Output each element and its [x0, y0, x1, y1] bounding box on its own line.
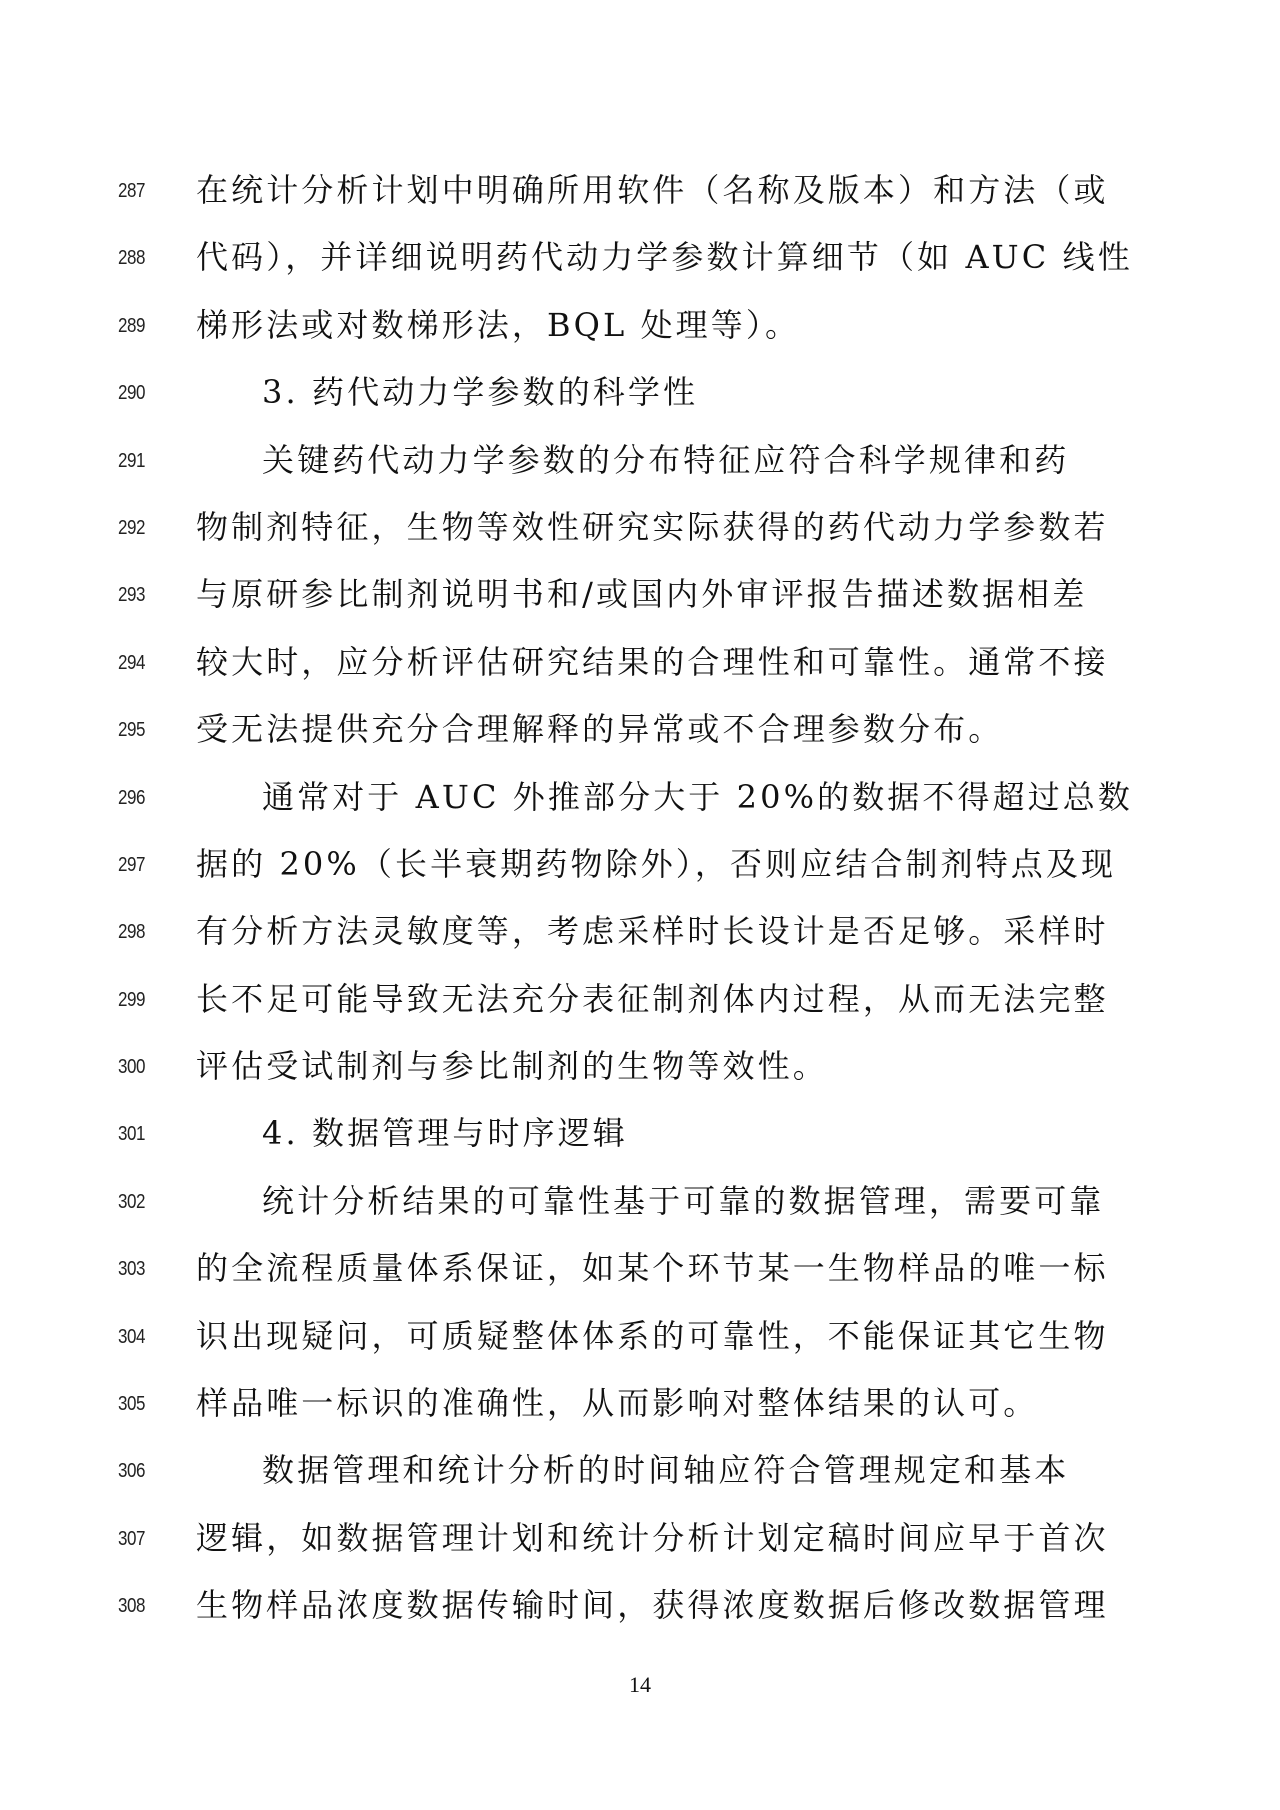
line-number: 292: [118, 517, 161, 540]
document-line: 291 关键药代动力学参数的分布特征应符合科学规律和药: [0, 430, 1280, 497]
document-line: 308 生物样品浓度数据传输时间，获得浓度数据后修改数据管理: [0, 1575, 1280, 1642]
line-text: 关键药代动力学参数的分布特征应符合科学规律和药: [196, 438, 1086, 482]
document-line: 297 据的 20%（长半衰期药物除外），否则应结合制剂特点及现: [0, 834, 1280, 901]
numbered-lines: 287 在统计分析计划中明确所用软件（名称及版本）和方法（或 288 代码），并…: [0, 160, 1280, 1643]
line-text: 受无法提供充分合理解释的异常或不合理参数分布。: [196, 707, 1086, 751]
line-text: 有分析方法灵敏度等，考虑采样时长设计是否足够。采样时: [196, 909, 1086, 953]
page-number: 14: [0, 1672, 1280, 1698]
line-text: 代码），并详细说明药代动力学参数计算细节（如 AUC 线性: [196, 235, 1086, 279]
document-line: 293 与原研参比制剂说明书和/或国内外审评报告描述数据相差: [0, 564, 1280, 631]
section-heading: 4. 数据管理与时序逻辑: [196, 1111, 1152, 1155]
line-number: 289: [118, 315, 161, 338]
line-text: 评估受试制剂与参比制剂的生物等效性。: [196, 1044, 1086, 1088]
line-number: 291: [118, 450, 161, 473]
line-text: 物制剂特征，生物等效性研究实际获得的药代动力学参数若: [196, 505, 1086, 549]
line-number: 306: [118, 1460, 161, 1483]
line-text: 通常对于 AUC 外推部分大于 20%的数据不得超过总数: [196, 775, 1086, 819]
line-number: 300: [118, 1056, 161, 1079]
line-number: 303: [118, 1258, 161, 1281]
line-text: 与原研参比制剂说明书和/或国内外审评报告描述数据相差: [196, 572, 1086, 616]
line-number: 302: [118, 1191, 161, 1214]
document-line: 304 识出现疑问，可质疑整体体系的可靠性，不能保证其它生物: [0, 1306, 1280, 1373]
line-number: 297: [118, 854, 161, 877]
document-line: 287 在统计分析计划中明确所用软件（名称及版本）和方法（或: [0, 160, 1280, 227]
line-text: 较大时，应分析评估研究结果的合理性和可靠性。通常不接: [196, 640, 1086, 684]
line-number: 305: [118, 1393, 161, 1416]
document-line: 305 样品唯一标识的准确性，从而影响对整体结果的认可。: [0, 1373, 1280, 1440]
line-text: 样品唯一标识的准确性，从而影响对整体结果的认可。: [196, 1381, 1086, 1425]
line-number: 295: [118, 719, 161, 742]
document-line: 306 数据管理和统计分析的时间轴应符合管理规定和基本: [0, 1440, 1280, 1507]
line-text: 统计分析结果的可靠性基于可靠的数据管理，需要可靠: [196, 1179, 1086, 1223]
line-text: 在统计分析计划中明确所用软件（名称及版本）和方法（或: [196, 168, 1086, 212]
section-heading: 3. 药代动力学参数的科学性: [196, 370, 1152, 414]
line-number: 294: [118, 652, 161, 675]
document-line: 294 较大时，应分析评估研究结果的合理性和可靠性。通常不接: [0, 632, 1280, 699]
line-number: 298: [118, 921, 161, 944]
line-number: 288: [118, 247, 161, 270]
document-line: 288 代码），并详细说明药代动力学参数计算细节（如 AUC 线性: [0, 227, 1280, 294]
document-line: 300 评估受试制剂与参比制剂的生物等效性。: [0, 1036, 1280, 1103]
line-number: 307: [118, 1528, 161, 1551]
document-line: 295 受无法提供充分合理解释的异常或不合理参数分布。: [0, 699, 1280, 766]
document-line: 302 统计分析结果的可靠性基于可靠的数据管理，需要可靠: [0, 1171, 1280, 1238]
line-text: 逻辑，如数据管理计划和统计分析计划定稿时间应早于首次: [196, 1516, 1086, 1560]
line-text: 数据管理和统计分析的时间轴应符合管理规定和基本: [196, 1448, 1086, 1492]
line-text: 生物样品浓度数据传输时间，获得浓度数据后修改数据管理: [196, 1583, 1086, 1627]
document-line: 289 梯形法或对数梯形法，BQL 处理等）。: [0, 295, 1280, 362]
document-line: 307 逻辑，如数据管理计划和统计分析计划定稿时间应早于首次: [0, 1508, 1280, 1575]
document-line: 301 4. 数据管理与时序逻辑: [0, 1103, 1280, 1170]
line-text: 的全流程质量体系保证，如某个环节某一生物样品的唯一标: [196, 1246, 1086, 1290]
line-number: 287: [118, 180, 161, 203]
document-line: 298 有分析方法灵敏度等，考虑采样时长设计是否足够。采样时: [0, 901, 1280, 968]
line-number: 296: [118, 787, 161, 810]
line-number: 308: [118, 1595, 161, 1618]
line-number: 301: [118, 1123, 161, 1146]
line-number: 304: [118, 1326, 161, 1349]
document-line: 299 长不足可能导致无法充分表征制剂体内过程，从而无法完整: [0, 969, 1280, 1036]
line-number: 299: [118, 989, 161, 1012]
line-text: 据的 20%（长半衰期药物除外），否则应结合制剂特点及现: [196, 842, 1086, 886]
line-number: 290: [118, 382, 161, 405]
document-page: 287 在统计分析计划中明确所用软件（名称及版本）和方法（或 288 代码），并…: [0, 0, 1280, 1810]
line-text: 识出现疑问，可质疑整体体系的可靠性，不能保证其它生物: [196, 1314, 1086, 1358]
document-line: 292 物制剂特征，生物等效性研究实际获得的药代动力学参数若: [0, 497, 1280, 564]
line-number: 293: [118, 584, 161, 607]
document-line: 296 通常对于 AUC 外推部分大于 20%的数据不得超过总数: [0, 767, 1280, 834]
document-line: 290 3. 药代动力学参数的科学性: [0, 362, 1280, 429]
line-text: 梯形法或对数梯形法，BQL 处理等）。: [196, 303, 1086, 347]
document-line: 303 的全流程质量体系保证，如某个环节某一生物样品的唯一标: [0, 1238, 1280, 1305]
line-text: 长不足可能导致无法充分表征制剂体内过程，从而无法完整: [196, 977, 1086, 1021]
